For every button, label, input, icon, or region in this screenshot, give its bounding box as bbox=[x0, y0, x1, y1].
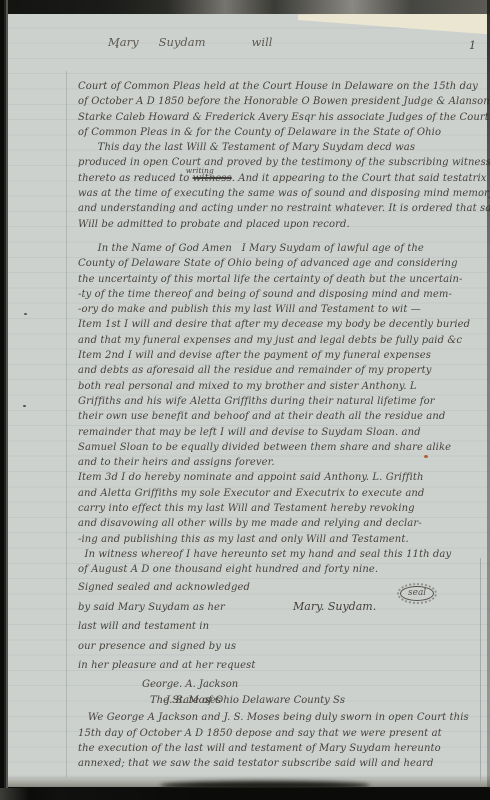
affidavit-lines: We George A Jackson and J. S. Moses bein… bbox=[78, 710, 482, 771]
text-line: produced in open Court and proved by the… bbox=[78, 155, 482, 170]
page-number: 1 bbox=[469, 39, 476, 52]
witness-signature-jackson: George. A. Jackson bbox=[142, 677, 482, 693]
text-line: -ing and publishing this as my last and … bbox=[78, 532, 482, 547]
correction-text-after: . And it appearing to the Court that sai… bbox=[232, 173, 487, 184]
margin-rule-line bbox=[66, 71, 67, 777]
text-line: their own use benefit and behoof and at … bbox=[78, 409, 482, 424]
header-doc-type: will bbox=[252, 35, 273, 49]
text-line: carry into effect this my last Will and … bbox=[78, 501, 482, 516]
text-line: was at the time of executing the same wa… bbox=[78, 186, 482, 201]
text-line: and Aletta Griffiths my sole Executor an… bbox=[78, 486, 482, 501]
text-line: Court of Common Pleas held at the Court … bbox=[78, 79, 482, 94]
attestation-block: Signed sealed and acknowledgedby said Ma… bbox=[78, 578, 482, 704]
text-line: of August A D one thousand eight hundred… bbox=[78, 562, 482, 577]
page-header: MarySuydamwill bbox=[108, 35, 272, 49]
header-first-name: Mary bbox=[108, 35, 139, 49]
text-line: Item 2nd I will and devise after the pay… bbox=[78, 348, 482, 363]
bottom-shadow-band bbox=[0, 788, 490, 800]
text-line: the execution of the last will and testa… bbox=[78, 741, 482, 756]
text-line: Starke Caleb Howard & Frederick Avery Es… bbox=[78, 110, 482, 125]
dust-speck bbox=[24, 313, 27, 315]
text-line: of Common Pleas in & for the County of D… bbox=[78, 125, 482, 140]
text-line: annexed; that we saw the said testator s… bbox=[78, 756, 482, 771]
dust-speck bbox=[116, 46, 118, 48]
court-record-lines-before: Court of Common Pleas held at the Court … bbox=[78, 79, 482, 171]
top-shadow-band bbox=[0, 0, 490, 14]
text-line: the uncertainty of this mortal life the … bbox=[78, 272, 482, 287]
text-line: and to their heirs and assigns forever. bbox=[78, 455, 482, 470]
will-lines: In the Name of God Amen I Mary Suydam of… bbox=[78, 241, 482, 578]
court-record-lines-after: was at the time of executing the same wa… bbox=[78, 186, 482, 232]
text-line: 15th day of October A D 1850 depose and … bbox=[78, 726, 482, 741]
text-line: County of Delaware State of Ohio being o… bbox=[78, 256, 482, 271]
text-line: Item 1st I will and desire that after my… bbox=[78, 317, 482, 332]
text-line: and understanding and acting under no re… bbox=[78, 201, 482, 216]
will-text-block: In the Name of God Amen I Mary Suydam of… bbox=[78, 241, 482, 578]
seal-label: seal bbox=[408, 588, 426, 598]
header-last-name: Suydam bbox=[159, 35, 206, 49]
text-line: Item 3d I do hereby nominate and appoint… bbox=[78, 470, 482, 485]
hand-drawn-seal: seal bbox=[400, 586, 434, 601]
text-line: This day the last Will & Testament of Ma… bbox=[78, 140, 482, 155]
affidavit-heading: The State of Ohio Delaware County Ss bbox=[150, 693, 482, 708]
affidavit-block: The State of Ohio Delaware County Ss We … bbox=[78, 693, 482, 771]
dust-speck bbox=[424, 455, 428, 458]
scanned-ledger-photo: MarySuydamwill 1 Court of Common Pleas h… bbox=[0, 0, 490, 800]
text-line: Samuel Sloan to be equally divided betwe… bbox=[78, 440, 482, 455]
correction-line: thereto as reduced to witnesswriting. An… bbox=[78, 171, 482, 186]
text-line: last will and testament in bbox=[78, 617, 482, 637]
court-record-block: Court of Common Pleas held at the Court … bbox=[78, 79, 482, 232]
text-line: -ty of the time thereof and being of sou… bbox=[78, 287, 482, 302]
text-line: of October A D 1850 before the Honorable… bbox=[78, 94, 482, 109]
text-line: We George A Jackson and J. S. Moses bein… bbox=[78, 710, 482, 725]
binding-edge-band bbox=[0, 0, 8, 800]
dust-speck bbox=[23, 405, 26, 407]
correction-text-before: thereto as reduced to bbox=[78, 173, 193, 184]
text-line: both real personal and mixed to my broth… bbox=[78, 379, 482, 394]
text-line: Griffiths and his wife Aletta Griffiths … bbox=[78, 394, 482, 409]
text-line: in her pleasure and at her request bbox=[78, 656, 482, 676]
text-line: and debts as aforesaid all the residue a… bbox=[78, 363, 482, 378]
text-line: and that my funeral expenses and my just… bbox=[78, 333, 482, 348]
text-line: In the Name of God Amen I Mary Suydam of… bbox=[78, 241, 482, 256]
text-line: -ory do make and publish this my last Wi… bbox=[78, 302, 482, 317]
ledger-page: MarySuydamwill 1 Court of Common Pleas h… bbox=[8, 13, 490, 787]
text-line: Will be admitted to probate and placed u… bbox=[78, 217, 482, 232]
text-line: our presence and signed by us bbox=[78, 637, 482, 657]
testatrix-signature: Mary. Suydam. bbox=[293, 600, 376, 613]
text-line: and disavowing all other wills by me mad… bbox=[78, 516, 482, 531]
text-line: remainder that may be left I will and de… bbox=[78, 425, 482, 440]
text-line: In witness whereof I have hereunto set m… bbox=[78, 547, 482, 562]
